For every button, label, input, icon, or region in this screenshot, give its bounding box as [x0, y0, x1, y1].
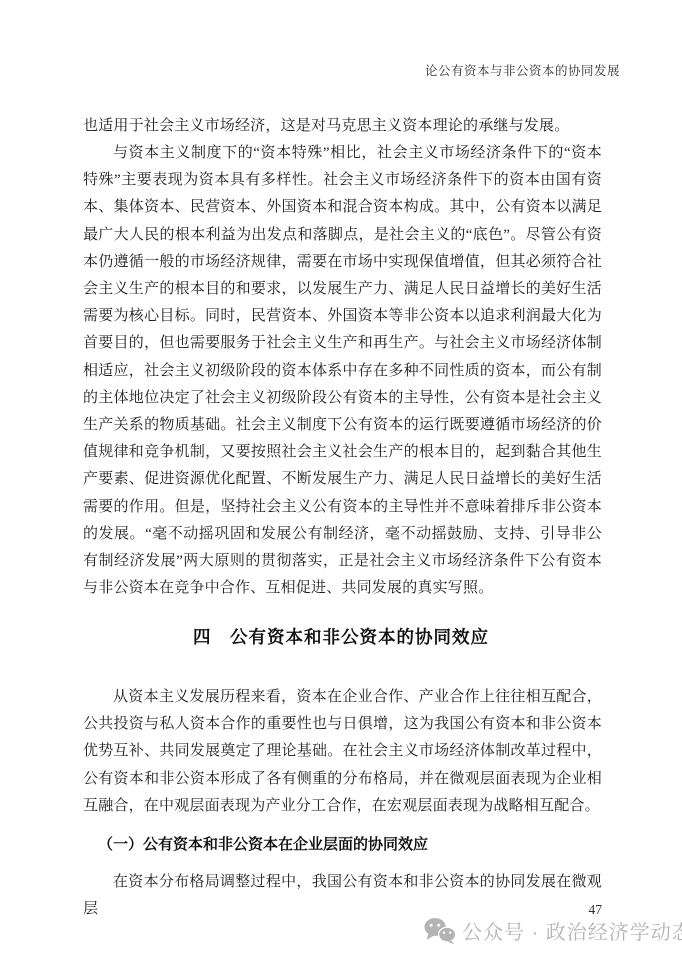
watermark: 公众号 · 政治经济学动态: [424, 916, 682, 945]
paragraph-lead-continuation: 也适用于社会主义市场经济，这是对马克思主义资本理论的承继与发展。: [83, 113, 602, 140]
section-heading-four: 四 公有资本和非公资本的协同效应: [0, 624, 682, 649]
paragraph-text: 从资本主义发展历程来看，资本在企业合作、产业合作上往往相互配合，公共投资与私人资…: [83, 684, 602, 820]
sub-heading-enterprise-level: （一）公有资本和非公资本在企业层面的协同效应: [83, 831, 602, 858]
watermark-text: 公众号 · 政治经济学动态: [462, 916, 682, 945]
document-page: 论公有资本与非公资本的协同发展 也适用于社会主义市场经济，这是对马克思主义资本理…: [0, 0, 682, 964]
wechat-icon: [424, 917, 456, 945]
paragraph-capital-diversity: 与资本主义制度下的“资本特殊”相比，社会主义市场经济条件下的“资本特殊”主要表现…: [83, 140, 602, 602]
paragraph-synergy-overview: 从资本主义发展历程来看，资本在企业合作、产业合作上往往相互配合，公共投资与私人资…: [83, 684, 602, 820]
paragraph-text: 也适用于社会主义市场经济，这是对马克思主义资本理论的承继与发展。: [83, 113, 602, 140]
paragraph-text: 与资本主义制度下的“资本特殊”相比，社会主义市场经济条件下的“资本特殊”主要表现…: [83, 140, 602, 602]
running-head: 论公有资本与非公资本的协同发展: [425, 61, 620, 79]
